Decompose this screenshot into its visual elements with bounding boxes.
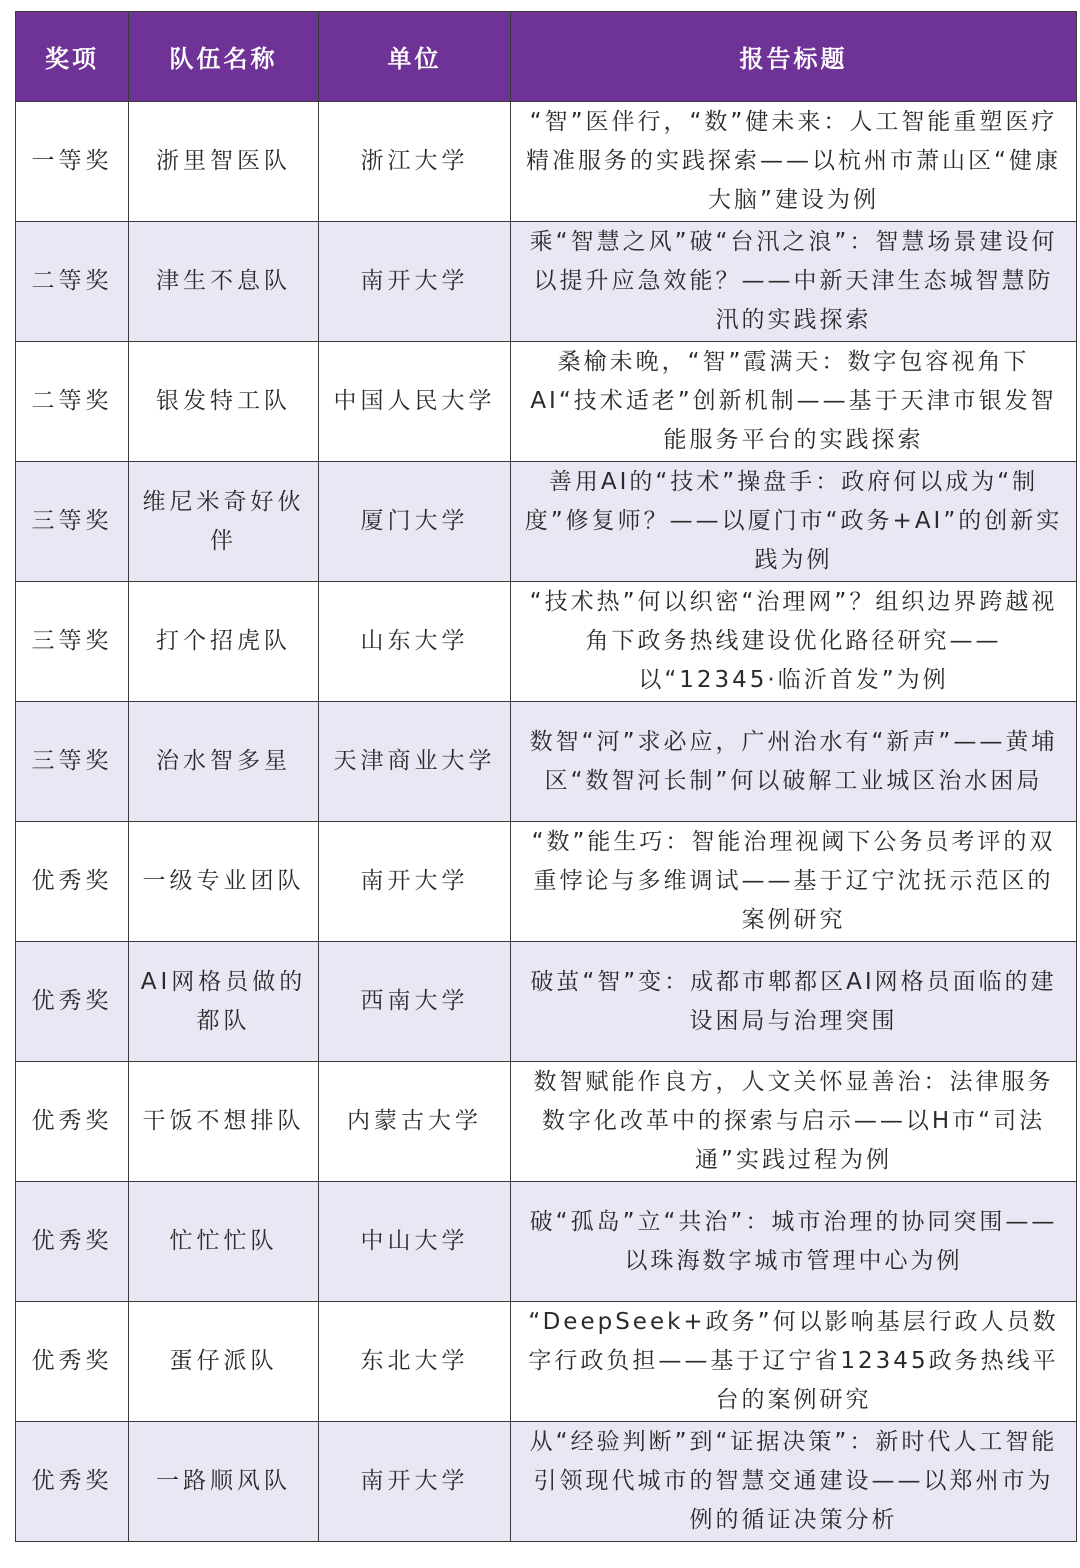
title-cell: “技术热”何以织密“治理网”？组织边界跨越视角下政务热线建设优化路径研究——以“… (511, 582, 1077, 702)
team-cell: 忙忙忙队 (129, 1182, 319, 1302)
table-row: 优秀奖 AI网格员做的都队 西南大学 破茧“智”变：成都市郫都区AI网格员面临的… (16, 942, 1077, 1062)
header-team-name: 队伍名称 (129, 12, 319, 102)
unit-cell: 东北大学 (319, 1302, 511, 1422)
title-cell: “DeepSeek+政务”何以影响基层行政人员数字行政负担——基于辽宁省1234… (511, 1302, 1077, 1422)
unit-cell: 山东大学 (319, 582, 511, 702)
unit-cell: 南开大学 (319, 222, 511, 342)
award-cell: 优秀奖 (16, 1302, 129, 1422)
unit-cell: 西南大学 (319, 942, 511, 1062)
award-cell: 二等奖 (16, 222, 129, 342)
table-row: 三等奖 打个招虎队 山东大学 “技术热”何以织密“治理网”？组织边界跨越视角下政… (16, 582, 1077, 702)
award-cell: 一等奖 (16, 102, 129, 222)
award-cell: 二等奖 (16, 342, 129, 462)
title-cell: 破“孤岛”立“共治”：城市治理的协同突围——以珠海数字城市管理中心为例 (511, 1182, 1077, 1302)
unit-cell: 南开大学 (319, 822, 511, 942)
table-row: 二等奖 津生不息队 南开大学 乘“智慧之风”破“台汛之浪”：智慧场景建设何以提升… (16, 222, 1077, 342)
award-cell: 优秀奖 (16, 1182, 129, 1302)
team-cell: 维尼米奇好伙伴 (129, 462, 319, 582)
title-cell: “数”能生巧：智能治理视阈下公务员考评的双重悖论与多维调试——基于辽宁沈抚示范区… (511, 822, 1077, 942)
unit-cell: 浙江大学 (319, 102, 511, 222)
title-cell: 数智“河”求必应，广州治水有“新声”——黄埔区“数智河长制”何以破解工业城区治水… (511, 702, 1077, 822)
title-cell: 数智赋能作良方，人文关怀显善治：法律服务数字化改革中的探索与启示——以H市“司法… (511, 1062, 1077, 1182)
header-report-title: 报告标题 (511, 12, 1077, 102)
unit-cell: 天津商业大学 (319, 702, 511, 822)
team-cell: 一路顺风队 (129, 1422, 319, 1542)
table-row: 二等奖 银发特工队 中国人民大学 桑榆未晚，“智”霞满天：数字包容视角下AI“技… (16, 342, 1077, 462)
unit-cell: 南开大学 (319, 1422, 511, 1542)
award-cell: 三等奖 (16, 702, 129, 822)
table-row: 优秀奖 一级专业团队 南开大学 “数”能生巧：智能治理视阈下公务员考评的双重悖论… (16, 822, 1077, 942)
unit-cell: 中山大学 (319, 1182, 511, 1302)
team-cell: AI网格员做的都队 (129, 942, 319, 1062)
title-cell: “智”医伴行，“数”健未来：人工智能重塑医疗精准服务的实践探索——以杭州市萧山区… (511, 102, 1077, 222)
award-cell: 三等奖 (16, 462, 129, 582)
award-cell: 三等奖 (16, 582, 129, 702)
title-cell: 从“经验判断”到“证据决策”：新时代人工智能引领现代城市的智慧交通建设——以郑州… (511, 1422, 1077, 1542)
title-cell: 破茧“智”变：成都市郫都区AI网格员面临的建设困局与治理突围 (511, 942, 1077, 1062)
header-unit: 单位 (319, 12, 511, 102)
table-row: 一等奖 浙里智医队 浙江大学 “智”医伴行，“数”健未来：人工智能重塑医疗精准服… (16, 102, 1077, 222)
title-cell: 善用AI的“技术”操盘手：政府何以成为“制度”修复师？——以厦门市“政务+AI”… (511, 462, 1077, 582)
unit-cell: 厦门大学 (319, 462, 511, 582)
table-row: 三等奖 维尼米奇好伙伴 厦门大学 善用AI的“技术”操盘手：政府何以成为“制度”… (16, 462, 1077, 582)
award-cell: 优秀奖 (16, 822, 129, 942)
table-row: 优秀奖 蛋仔派队 东北大学 “DeepSeek+政务”何以影响基层行政人员数字行… (16, 1302, 1077, 1422)
team-cell: 浙里智医队 (129, 102, 319, 222)
team-cell: 打个招虎队 (129, 582, 319, 702)
team-cell: 治水智多星 (129, 702, 319, 822)
table-row: 三等奖 治水智多星 天津商业大学 数智“河”求必应，广州治水有“新声”——黄埔区… (16, 702, 1077, 822)
table-row: 优秀奖 一路顺风队 南开大学 从“经验判断”到“证据决策”：新时代人工智能引领现… (16, 1422, 1077, 1542)
team-cell: 蛋仔派队 (129, 1302, 319, 1422)
awards-table: 奖项 队伍名称 单位 报告标题 一等奖 浙里智医队 浙江大学 “智”医伴行，“数… (15, 11, 1077, 1542)
team-cell: 银发特工队 (129, 342, 319, 462)
title-cell: 桑榆未晚，“智”霞满天：数字包容视角下AI“技术适老”创新机制——基于天津市银发… (511, 342, 1077, 462)
award-cell: 优秀奖 (16, 1062, 129, 1182)
unit-cell: 内蒙古大学 (319, 1062, 511, 1182)
title-cell: 乘“智慧之风”破“台汛之浪”：智慧场景建设何以提升应急效能？——中新天津生态城智… (511, 222, 1077, 342)
table-header-row: 奖项 队伍名称 单位 报告标题 (16, 12, 1077, 102)
award-cell: 优秀奖 (16, 942, 129, 1062)
team-cell: 津生不息队 (129, 222, 319, 342)
unit-cell: 中国人民大学 (319, 342, 511, 462)
award-cell: 优秀奖 (16, 1422, 129, 1542)
team-cell: 干饭不想排队 (129, 1062, 319, 1182)
table-row: 优秀奖 干饭不想排队 内蒙古大学 数智赋能作良方，人文关怀显善治：法律服务数字化… (16, 1062, 1077, 1182)
table-row: 优秀奖 忙忙忙队 中山大学 破“孤岛”立“共治”：城市治理的协同突围——以珠海数… (16, 1182, 1077, 1302)
header-award: 奖项 (16, 12, 129, 102)
team-cell: 一级专业团队 (129, 822, 319, 942)
